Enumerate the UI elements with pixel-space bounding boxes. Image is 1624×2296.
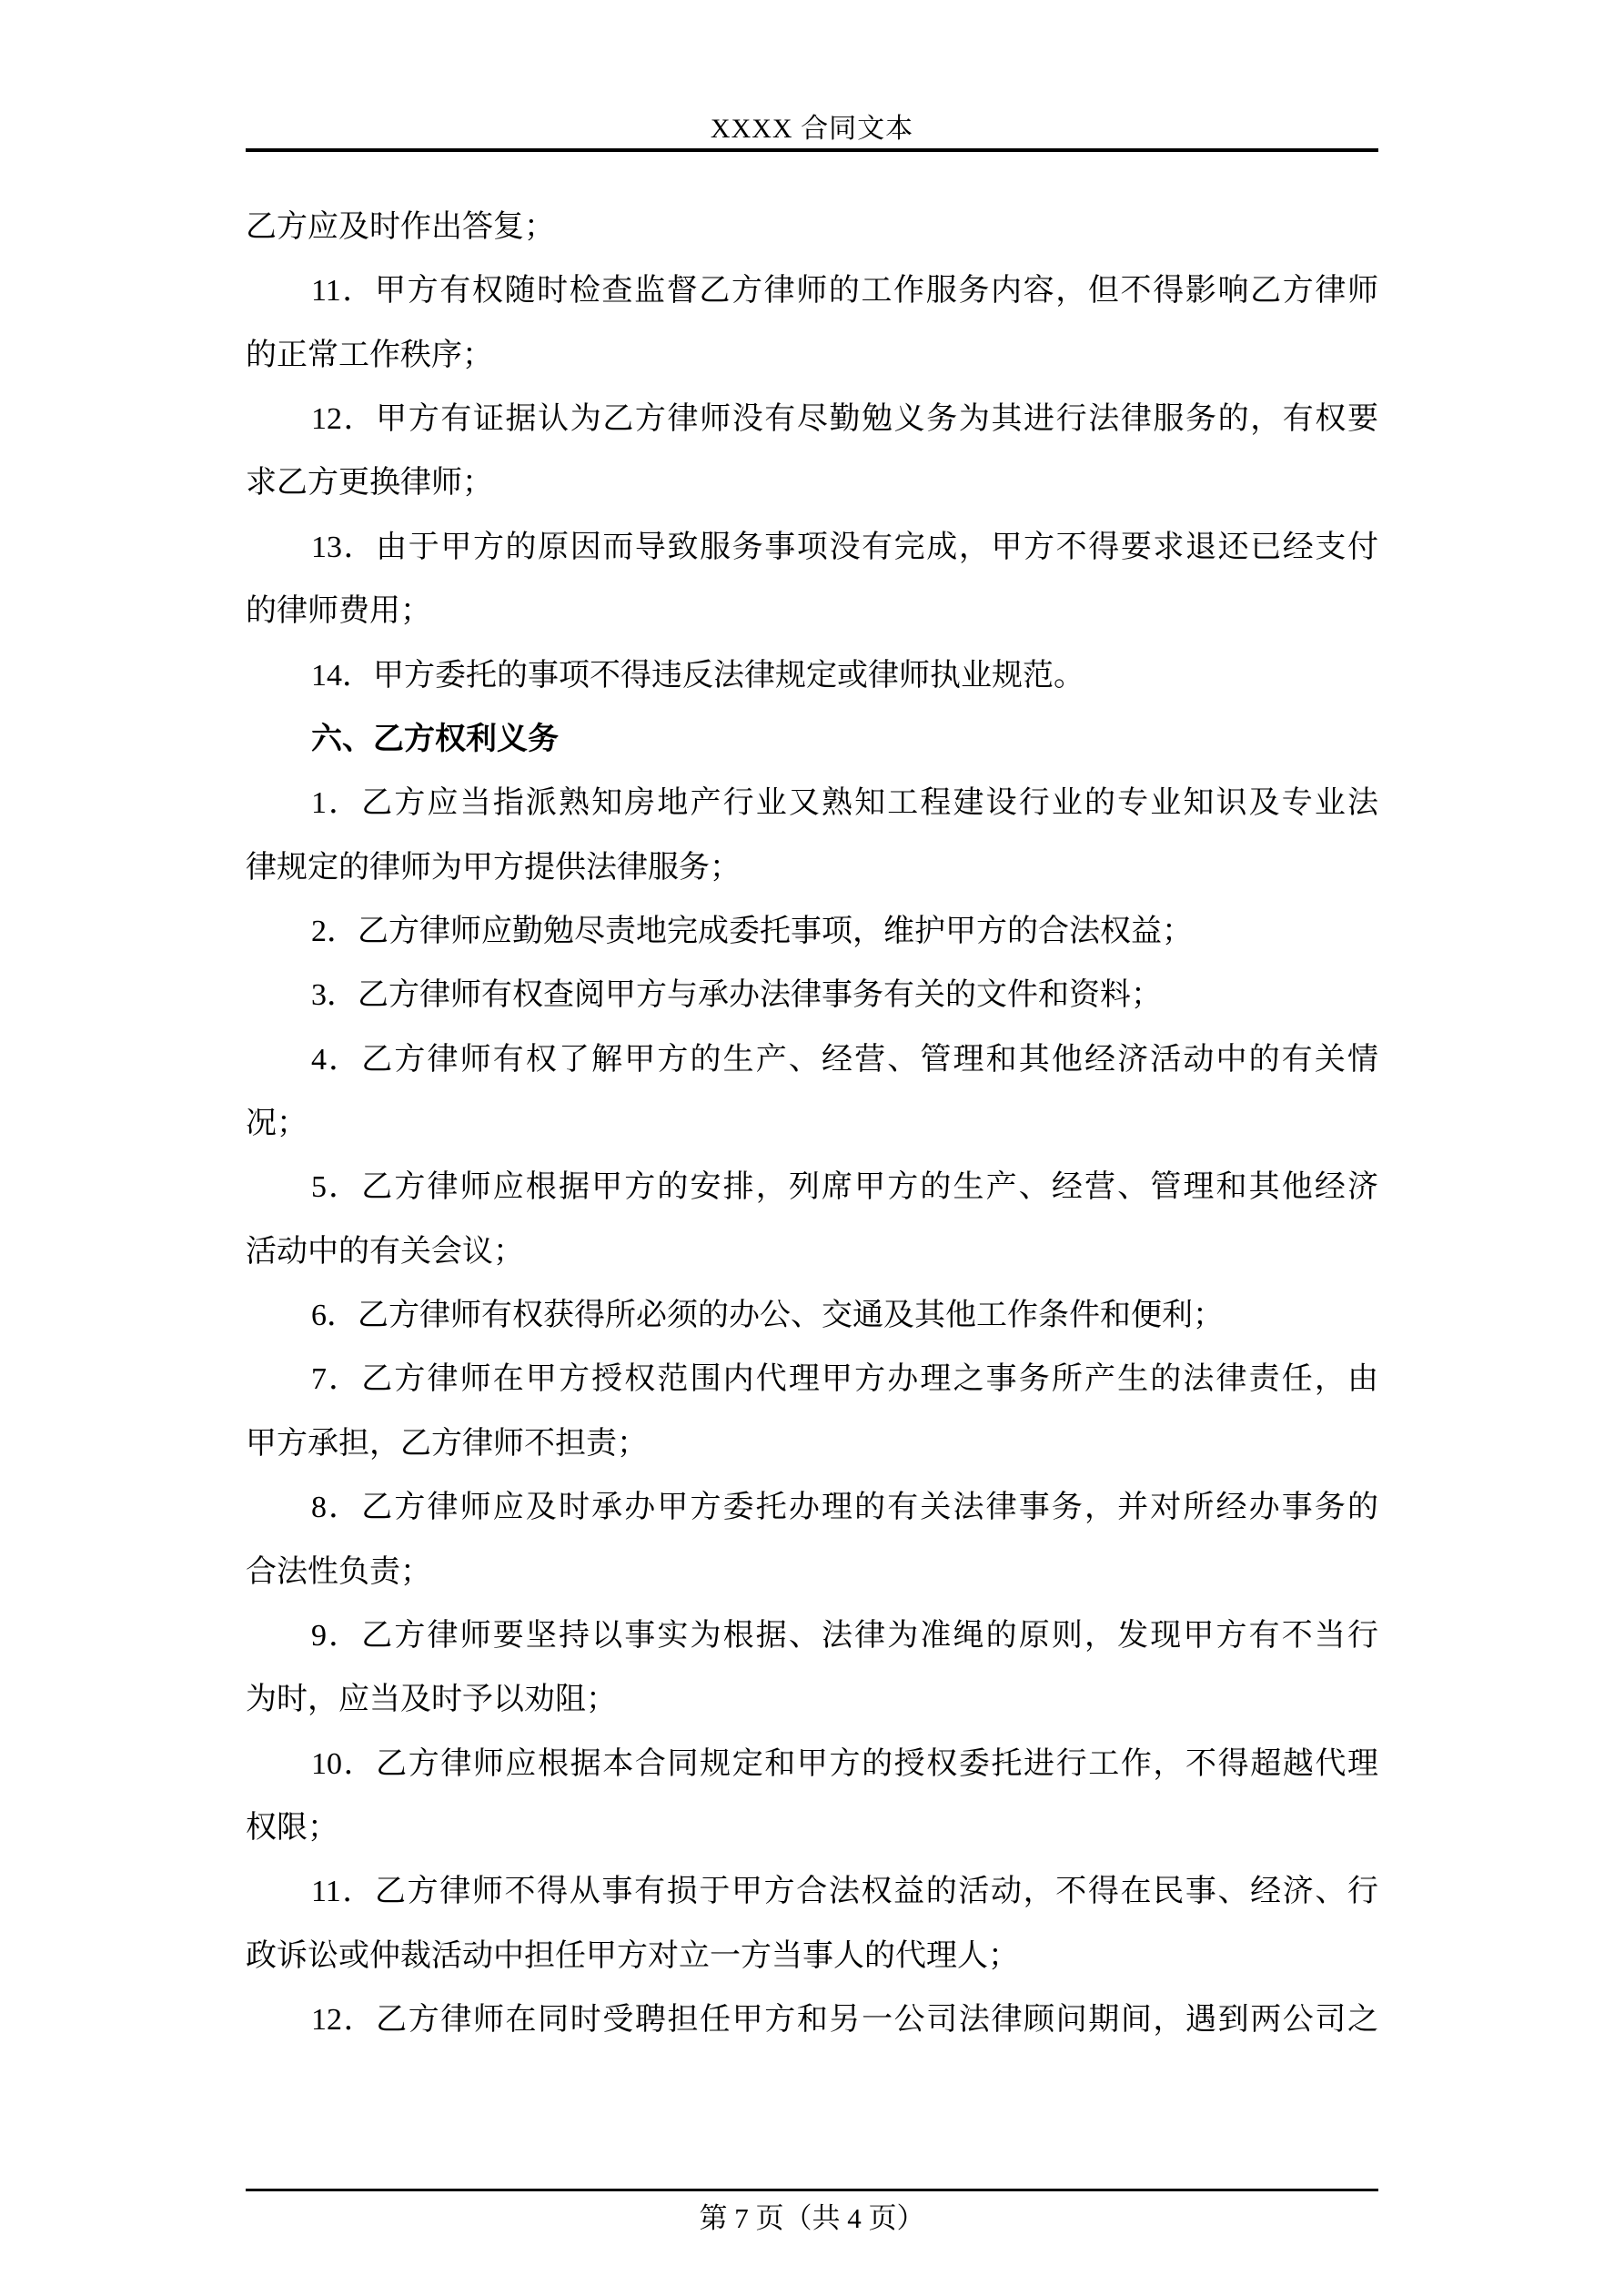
text-line: 12．甲方有证据认为乙方律师没有尽勤勉义务为其进行法律服务的，有权要 — [246, 388, 1378, 451]
text-line: 10．乙方律师应根据本合同规定和甲方的授权委托进行工作，不得超越代理 — [246, 1733, 1378, 1796]
text-line: 1．乙方应当指派熟知房地产行业又熟知工程建设行业的专业知识及专业法 — [246, 772, 1378, 835]
text-line: 2．乙方律师应勤勉尽责地完成委托事项，维护甲方的合法权益； — [246, 900, 1378, 964]
text-line: 11．乙方律师不得从事有损于甲方合法权益的活动，不得在民事、经济、行 — [246, 1860, 1378, 1924]
text-line: 政诉讼或仲裁活动中担任甲方对立一方当事人的代理人； — [246, 1925, 1378, 1988]
text-line: 6．乙方律师有权获得所必须的办公、交通及其他工作条件和便利； — [246, 1284, 1378, 1348]
page-number-label: 第 7 页（共 4 页） — [0, 2200, 1624, 2237]
text-line: 乙方应及时作出答复； — [246, 196, 1378, 259]
text-line: 活动中的有关会议； — [246, 1220, 1378, 1284]
text-line: 11．甲方有权随时检查监督乙方律师的工作服务内容，但不得影响乙方律师 — [246, 259, 1378, 323]
text-line: 合法性负责； — [246, 1541, 1378, 1604]
text-line: 14．甲方委托的事项不得违反法律规定或律师执业规范。 — [246, 644, 1378, 708]
footer-rule — [246, 2189, 1378, 2191]
text-line: 4．乙方律师有权了解甲方的生产、经营、管理和其他经济活动中的有关情 — [246, 1028, 1378, 1092]
header-rule — [246, 148, 1378, 152]
text-line: 权限； — [246, 1796, 1378, 1860]
text-line: 的律师费用； — [246, 580, 1378, 643]
text-line: 的正常工作秩序； — [246, 324, 1378, 388]
text-line: 求乙方更换律师； — [246, 451, 1378, 515]
text-line: 9．乙方律师要坚持以事实为根据、法律为准绳的原则，发现甲方有不当行 — [246, 1604, 1378, 1668]
text-line: 况； — [246, 1092, 1378, 1156]
text-line: 3．乙方律师有权查阅甲方与承办法律事务有关的文件和资料； — [246, 964, 1378, 1027]
text-line: 律规定的律师为甲方提供法律服务； — [246, 836, 1378, 900]
text-line: 甲方承担，乙方律师不担责； — [246, 1412, 1378, 1476]
page-header-title: XXXX 合同文本 — [0, 113, 1624, 146]
text-line: 为时，应当及时予以劝阻； — [246, 1668, 1378, 1732]
contract-page: XXXX 合同文本 乙方应及时作出答复；11．甲方有权随时检查监督乙方律师的工作… — [0, 0, 1624, 2296]
text-line: 8．乙方律师应及时承办甲方委托办理的有关法律事务，并对所经办事务的 — [246, 1476, 1378, 1540]
text-line: 5．乙方律师应根据甲方的安排，列席甲方的生产、经营、管理和其他经济 — [246, 1156, 1378, 1219]
text-line: 12．乙方律师在同时受聘担任甲方和另一公司法律顾问期间，遇到两公司之 — [246, 1988, 1378, 2052]
text-line: 7．乙方律师在甲方授权范围内代理甲方办理之事务所产生的法律责任，由 — [246, 1348, 1378, 1411]
section-heading: 六、乙方权利义务 — [246, 708, 1378, 772]
contract-body: 乙方应及时作出答复；11．甲方有权随时检查监督乙方律师的工作服务内容，但不得影响… — [246, 196, 1378, 2052]
text-line: 13．由于甲方的原因而导致服务事项没有完成，甲方不得要求退还已经支付 — [246, 516, 1378, 580]
